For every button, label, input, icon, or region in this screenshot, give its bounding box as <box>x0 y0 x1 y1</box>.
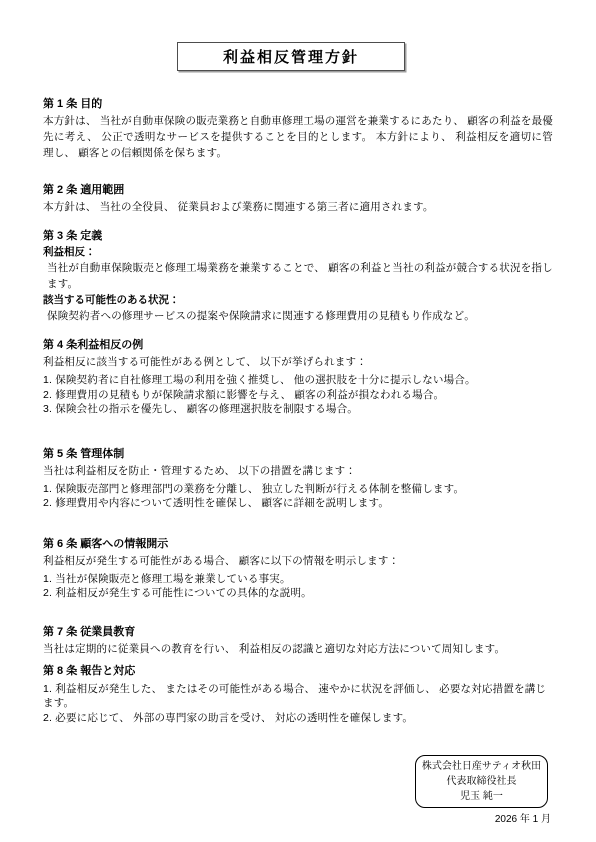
article-7-paragraph: 当社は定期的に従業員への教育を行い、 利益相反の認識と適切な対応方法について周知… <box>43 641 553 657</box>
section-article-6: 第 6 条 顧客への情報開示 利益相反が発生する可能性がある場合、 顧客に以下の… <box>43 537 553 601</box>
document-title: 利益相反管理方針 <box>223 46 359 67</box>
article-6-heading: 第 6 条 顧客への情報開示 <box>43 537 553 552</box>
article-2-paragraph: 本方針は、 当社の全役員、 従業員および業務に関連する第三者に適用されます。 <box>43 199 553 215</box>
article-1-heading: 第 1 条 目的 <box>43 97 553 112</box>
article-4-heading: 第 4 条利益相反の例 <box>43 338 553 353</box>
section-article-5: 第 5 条 管理体制 当社は利益相反を防止・管理するため、 以下の措置を講じます… <box>43 447 553 511</box>
article-5-list: 1. 保険販売部門と修理部門の業務を分離し、 独立した判断が行える体制を整備しま… <box>43 482 553 511</box>
signature-name: 児玉 純一 <box>460 789 503 804</box>
definition-term-situations: 該当する可能性のある状況： <box>43 292 553 308</box>
list-item: 2. 利益相反が発生する可能性についての具体的な説明。 <box>43 586 553 601</box>
definition-term-conflict: 利益相反： <box>43 244 553 260</box>
list-item: 1. 当社が保険販売と修理工場を兼業している事実。 <box>43 572 553 587</box>
document-page: 利益相反管理方針 第 1 条 目的 本方針は、 当社が自動車保険の販売業務と自動… <box>0 0 596 842</box>
article-6-list: 1. 当社が保険販売と修理工場を兼業している事実。 2. 利益相反が発生する可能… <box>43 572 553 601</box>
list-item: 2. 修理費用の見積もりが保険請求額に影響を与え、 顧客の利益が損なわれる場合。 <box>43 388 553 403</box>
section-article-7: 第 7 条 従業員教育 当社は定期的に従業員への教育を行い、 利益相反の認識と適… <box>43 625 553 657</box>
section-article-4: 第 4 条利益相反の例 利益相反に該当する可能性がある例として、 以下が挙げられ… <box>43 338 553 417</box>
document-title-box: 利益相反管理方針 <box>177 42 405 71</box>
document-body: 第 1 条 目的 本方針は、 当社が自動車保険の販売業務と自動車修理工場の運営を… <box>0 97 596 826</box>
article-6-intro: 利益相反が発生する可能性がある場合、 顧客に以下の情報を明示します： <box>43 553 553 569</box>
section-article-2: 第 2 条 適用範囲 本方針は、 当社の全役員、 従業員および業務に関連する第三… <box>43 183 553 215</box>
signature-box: 株式会社日産サティオ秋田 代表取締役社長 児玉 純一 <box>415 755 548 808</box>
section-article-3: 第 3 条 定義 利益相反： 当社が自動車保険販売と修理工場業務を兼業することで… <box>43 229 553 324</box>
signature-company: 株式会社日産サティオ秋田 <box>422 759 541 774</box>
list-item: 1. 保険販売部門と修理部門の業務を分離し、 独立した判断が行える体制を整備しま… <box>43 482 553 497</box>
section-article-1: 第 1 条 目的 本方針は、 当社が自動車保険の販売業務と自動車修理工場の運営を… <box>43 97 553 161</box>
article-4-intro: 利益相反に該当する可能性がある例として、 以下が挙げられます： <box>43 354 553 370</box>
article-5-intro: 当社は利益相反を防止・管理するため、 以下の措置を講じます： <box>43 463 553 479</box>
list-item: 2. 必要に応じて、 外部の専門家の助言を受け、 対応の透明性を確保します。 <box>43 711 553 726</box>
definition-text-situations: 保険契約者への修理サービスの提案や保険請求に関連する修理費用の見積もり作成など。 <box>43 308 553 324</box>
document-date: 2026 年 1 月 <box>43 814 551 826</box>
list-item: 3. 保険会社の指示を優先し、 顧客の修理選択肢を制限する場合。 <box>43 402 553 417</box>
article-8-heading: 第 8 条 報告と対応 <box>43 664 553 679</box>
article-1-paragraph: 本方針は、 当社が自動車保険の販売業務と自動車修理工場の運営を兼業するにあたり、… <box>43 113 553 161</box>
article-4-list: 1. 保険契約者に自社修理工場の利用を強く推奨し、 他の選択肢を十分に提示しない… <box>43 373 553 417</box>
signature-role: 代表取締役社長 <box>447 774 517 789</box>
article-5-heading: 第 5 条 管理体制 <box>43 447 553 462</box>
article-7-heading: 第 7 条 従業員教育 <box>43 625 553 640</box>
article-3-heading: 第 3 条 定義 <box>43 229 553 244</box>
list-item: 1. 利益相反が発生した、 またはその可能性がある場合、 速やかに状況を評価し、… <box>43 682 553 711</box>
list-item: 1. 保険契約者に自社修理工場の利用を強く推奨し、 他の選択肢を十分に提示しない… <box>43 373 553 388</box>
article-8-list: 1. 利益相反が発生した、 またはその可能性がある場合、 速やかに状況を評価し、… <box>43 682 553 726</box>
list-item: 2. 修理費用や内容について透明性を確保し、 顧客に詳細を説明します。 <box>43 496 553 511</box>
definition-text-conflict: 当社が自動車保険販売と修理工場業務を兼業することで、 顧客の利益と当社の利益が競… <box>43 260 553 292</box>
article-2-heading: 第 2 条 適用範囲 <box>43 183 553 198</box>
section-article-8: 第 8 条 報告と対応 1. 利益相反が発生した、 またはその可能性がある場合、… <box>43 664 553 726</box>
